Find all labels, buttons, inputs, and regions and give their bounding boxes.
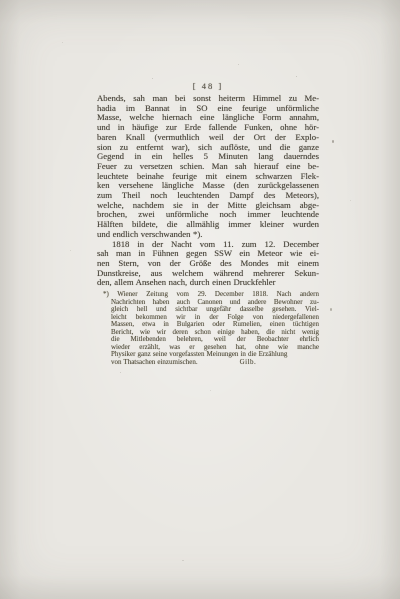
text-line: den, allem Ansehen nach, durch einen Dru… xyxy=(97,278,319,288)
footnote-lines: *) Wiener Zeitung vom 29. December 1818.… xyxy=(103,291,319,359)
scan-speckle xyxy=(182,560,184,561)
scan-speckle xyxy=(120,372,121,373)
scanned-book-page: [ 48 ] Abends, sah man bei sonst heiterm… xyxy=(0,0,400,599)
scan-speckle xyxy=(70,250,71,251)
footnote-signature: Gilb. xyxy=(240,359,257,367)
scan-speckle xyxy=(238,64,239,65)
scan-speckle xyxy=(296,76,297,77)
body-text-block: Abends, sah man bei sonst heiterm Himmel… xyxy=(97,94,319,288)
scan-speckle xyxy=(350,200,351,201)
footnote-block: *) Wiener Zeitung vom 29. December 1818.… xyxy=(103,291,319,366)
scan-speckle xyxy=(332,140,334,143)
footnote-closing-text: von Thatsachen einzumischen. xyxy=(111,359,198,367)
scan-speckle xyxy=(62,42,63,43)
scan-speckle xyxy=(330,308,332,311)
page-number: [ 48 ] xyxy=(97,81,319,91)
scan-speckle xyxy=(152,78,153,79)
scan-speckle xyxy=(210,390,211,391)
paragraph-continuation: Abends, sah man bei sonst heiterm Himmel… xyxy=(97,94,319,240)
paragraph-new: 1818 in der Nacht vom 11. zum 12. Decemb… xyxy=(97,240,319,289)
footnote-closing-line: von Thatsachen einzumischen. Gilb. xyxy=(103,359,319,367)
